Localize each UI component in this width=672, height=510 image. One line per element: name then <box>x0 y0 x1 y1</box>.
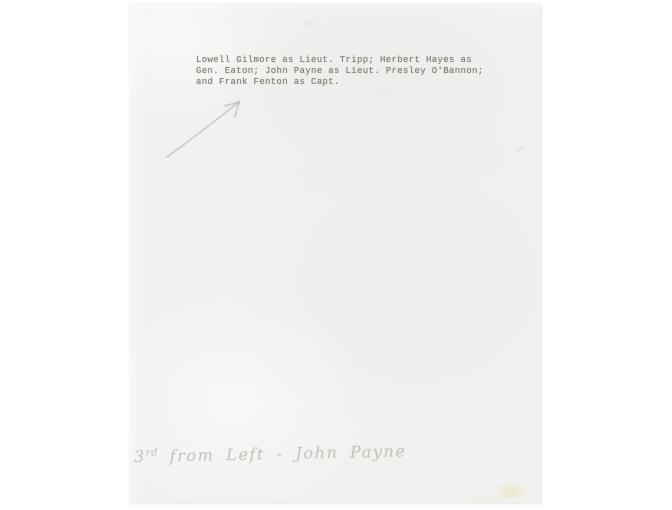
note-ordinal-suffix: rd <box>146 447 158 458</box>
pencil-arrow-icon <box>155 93 255 168</box>
photo-back-paper: Lowell Gilmore as Lieut. Tripp; Herbert … <box>130 4 541 503</box>
caption-line-1: Lowell Gilmore as Lieut. Tripp; Herbert … <box>196 55 496 66</box>
handwritten-note: 3rd from Left - John Payne <box>134 441 434 466</box>
smudge-mark <box>296 12 322 30</box>
typed-caption-block: Lowell Gilmore as Lieut. Tripp; Herbert … <box>196 55 496 87</box>
caption-line-2: Gen. Eaton; John Payne as Lieut. Presley… <box>196 66 496 77</box>
scratch-mark <box>515 144 527 153</box>
note-text: from Left - John Payne <box>158 441 407 465</box>
caption-line-3: and Frank Fenton as Capt. <box>196 77 496 88</box>
note-number: 3 <box>134 447 146 466</box>
scan-canvas: Lowell Gilmore as Lieut. Tripp; Herbert … <box>0 0 672 510</box>
stain-mark-2 <box>460 490 520 506</box>
